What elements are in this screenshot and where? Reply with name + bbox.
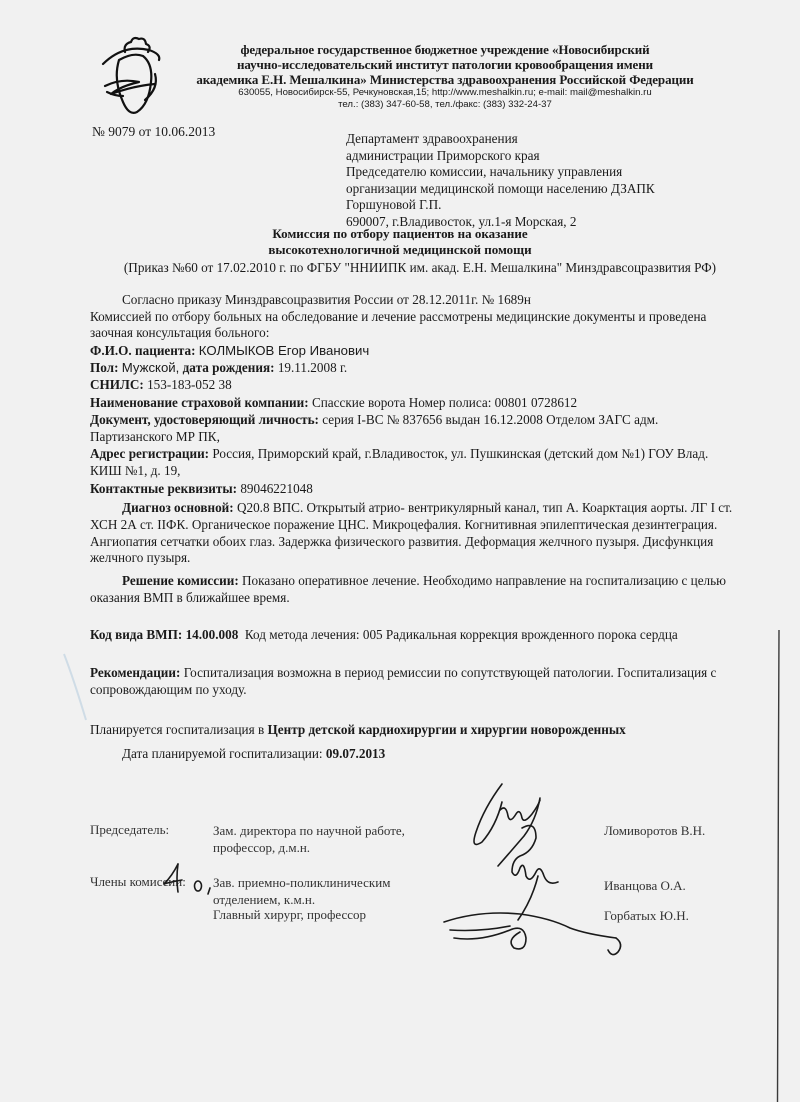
member2-position: Главный хирург, профессор — [213, 907, 366, 923]
patient-sex-dob-row: Пол: Мужской, дата рождения: 19.11.2008 … — [90, 359, 740, 376]
diagnosis-paragraph: Диагноз основной: Q20.8 ВПС. Открытый ат… — [90, 500, 735, 567]
insurance-value: Спасские ворота Номер полиса: 00801 0728… — [312, 395, 577, 410]
contacts-label: Контактные реквизиты: — [90, 481, 237, 496]
member1-position: Зав. приемно-поликлиническим отделением,… — [213, 874, 390, 908]
recommendations-text: Госпитализация возможна в период ремисси… — [90, 665, 716, 697]
addressee-line: Департамент здравоохранения — [346, 131, 746, 148]
commission-title-line: высокотехнологичной медицинской помощи — [80, 242, 720, 258]
hospitalization-date-row: Дата планируемой госпитализации: 09.07.2… — [122, 746, 385, 762]
addressee-line: администрации Приморского края — [346, 148, 746, 165]
hospitalization-date-label: Дата планируемой госпитализации: — [122, 746, 323, 761]
handwritten-signatures — [440, 780, 640, 980]
treatment-method: Код метода лечения: 005 Радикальная корр… — [245, 627, 678, 642]
patient-name-label: Ф.И.О. пациента: — [90, 343, 196, 358]
contact-phone-line: тел.: (383) 347-60-58, тел./факс: (383) … — [180, 99, 710, 111]
addressee-line: Горшуновой Г.П. — [346, 197, 746, 214]
recommendations-section: Рекомендации: Госпитализация возможна в … — [90, 665, 730, 699]
scan-smudge-mark — [60, 650, 100, 730]
commission-title-line: Комиссия по отбору пациентов на оказание — [80, 226, 720, 242]
contacts-row: Контактные реквизиты: 89046221048 — [90, 480, 740, 497]
insurance-row: Наименование страховой компании: Спасски… — [90, 394, 740, 411]
decision-section: Решение комиссии: Показано оперативное л… — [90, 573, 730, 607]
intro-text: Согласно приказу Минздравсоцразвития Рос… — [90, 292, 720, 342]
decision-paragraph: Решение комиссии: Показано оперативное л… — [90, 573, 730, 607]
address-label: Адрес регистрации: — [90, 446, 209, 461]
chair-position-line: профессор, д.м.н. — [213, 839, 405, 856]
intro-line: Комиссией по отбору больных на обследова… — [90, 309, 720, 342]
addressee-block: Департамент здравоохранения администраци… — [346, 131, 746, 230]
order-reference: (Приказ №60 от 17.02.2010 г. по ФГБУ "НН… — [60, 260, 780, 276]
vmp-code-value: 14.00.008 — [186, 627, 239, 642]
institution-line: федеральное государственное бюджетное уч… — [180, 42, 710, 57]
commission-title: Комиссия по отбору пациентов на оказание… — [80, 226, 720, 258]
chair-position-line: Зам. директора по научной работе, — [213, 822, 405, 839]
dob-value: 19.11.2008 г. — [278, 360, 347, 375]
patient-name-value: КОЛМЫКОВ Егор Иванович — [199, 343, 369, 358]
addressee-line: Председателю комиссии, начальнику управл… — [346, 164, 746, 181]
contacts-value: 89046221048 — [240, 481, 313, 496]
heart-logo-icon — [95, 30, 175, 120]
handwritten-initials — [150, 858, 220, 898]
decision-label: Решение комиссии: — [122, 573, 239, 588]
diagnosis-label: Диагноз основной: — [122, 500, 234, 515]
hospitalization-center: Центр детской кардиохирургии и хирургии … — [267, 722, 625, 737]
hospitalization-plan: Планируется госпитализация в Центр детск… — [90, 722, 626, 738]
vmp-code-label: Код вида ВМП: — [90, 627, 182, 642]
hospitalization-date-value: 09.07.2013 — [326, 746, 385, 761]
snils-row: СНИЛС: 153-183-052 38 — [90, 376, 740, 393]
hospitalization-plan-text: Планируется госпитализация в — [90, 722, 264, 737]
document-number: № 9079 от 10.06.2013 — [92, 124, 215, 140]
patient-name-row: Ф.И.О. пациента: КОЛМЫКОВ Егор Иванович — [90, 342, 740, 359]
chair-label: Председатель: — [90, 822, 169, 838]
scan-edge-line — [770, 630, 790, 1102]
chair-position: Зам. директора по научной работе, профес… — [213, 822, 405, 856]
id-document-row: Документ, удостоверяющий личность: серия… — [90, 411, 740, 445]
institution-line: научно-исследовательский институт патоло… — [180, 57, 710, 72]
diagnosis-section: Диагноз основной: Q20.8 ВПС. Открытый ат… — [90, 500, 735, 567]
dob-label: дата рождения: — [183, 360, 275, 375]
sex-value: Мужской, — [122, 360, 180, 375]
recommendations-label: Рекомендации: — [90, 665, 180, 680]
address-row: Адрес регистрации: Россия, Приморский кр… — [90, 445, 740, 479]
snils-value: 153-183-052 38 — [147, 377, 232, 392]
patient-info: Ф.И.О. пациента: КОЛМЫКОВ Егор Иванович … — [90, 342, 740, 497]
addressee-line: организации медицинской помощи населению… — [346, 181, 746, 198]
member1-position-line: отделением, к.м.н. — [213, 891, 390, 908]
intro-line: Согласно приказу Минздравсоцразвития Рос… — [90, 292, 720, 309]
snils-label: СНИЛС: — [90, 377, 144, 392]
member1-position-line: Зав. приемно-поликлиническим — [213, 874, 390, 891]
institution-header: федеральное государственное бюджетное уч… — [180, 42, 710, 111]
contact-address-line: 630055, Новосибирск-55, Речкуновская,15;… — [180, 87, 710, 99]
sex-label: Пол: — [90, 360, 118, 375]
institution-line: академика Е.Н. Мешалкина» Министерства з… — [180, 72, 710, 87]
id-document-label: Документ, удостоверяющий личность: — [90, 412, 319, 427]
vmp-code-row: Код вида ВМП: 14.00.008 Код метода лечен… — [90, 627, 678, 643]
insurance-label: Наименование страховой компании: — [90, 395, 309, 410]
